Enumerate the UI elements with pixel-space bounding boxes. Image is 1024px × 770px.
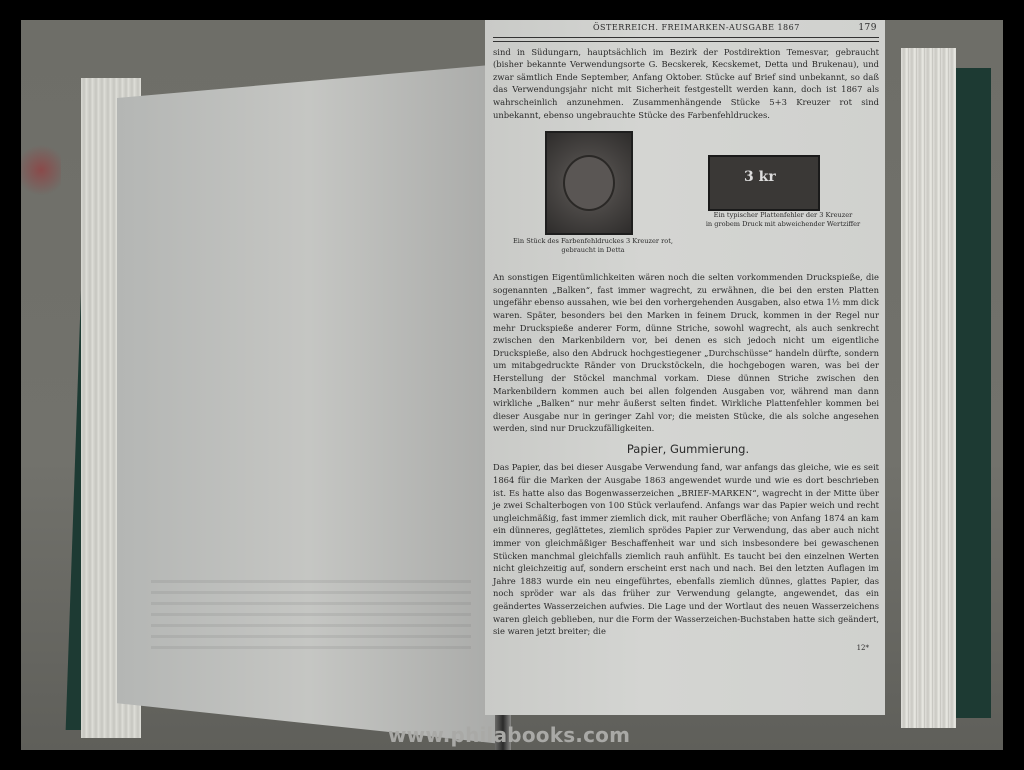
paragraph-1: sind in Südungarn, hauptsächlich im Bezi…: [493, 46, 879, 122]
stamp-image-farbenfehldruck: [545, 131, 633, 235]
show-through-text: [151, 580, 471, 650]
figure-2-caption: Ein typischer Plattenfehler der 3 Kreuze…: [693, 211, 873, 229]
section-heading: Papier, Gummierung.: [493, 443, 883, 456]
running-head: ÖSTERREICH. FREIMARKEN-AUSGABE 1867 179: [493, 22, 883, 35]
paragraph-2: An sonstigen Eigentümlichkeiten wären no…: [493, 271, 879, 435]
stamp-image-plattenfehler: 3 kr: [708, 155, 820, 211]
right-page: ÖSTERREICH. FREIMARKEN-AUSGABE 1867 179 …: [485, 20, 885, 715]
background-object: [21, 140, 61, 200]
page-edges-right: [901, 48, 956, 728]
signature-mark: 12*: [493, 642, 869, 655]
header-rule: [493, 37, 879, 42]
page-number: 179: [858, 22, 877, 35]
running-head-title: ÖSTERREICH. FREIMARKEN-AUSGABE 1867: [593, 22, 800, 35]
figures: 3 kr Ein typischer Plattenfehler der 3 K…: [493, 125, 883, 265]
figure-1-caption: Ein Stück des Farbenfehldruckes 3 Kreuze…: [493, 237, 693, 255]
paragraph-3: Das Papier, das bei dieser Ausgabe Verwe…: [493, 461, 879, 637]
watermark-text: www.philabooks.com: [388, 723, 630, 747]
